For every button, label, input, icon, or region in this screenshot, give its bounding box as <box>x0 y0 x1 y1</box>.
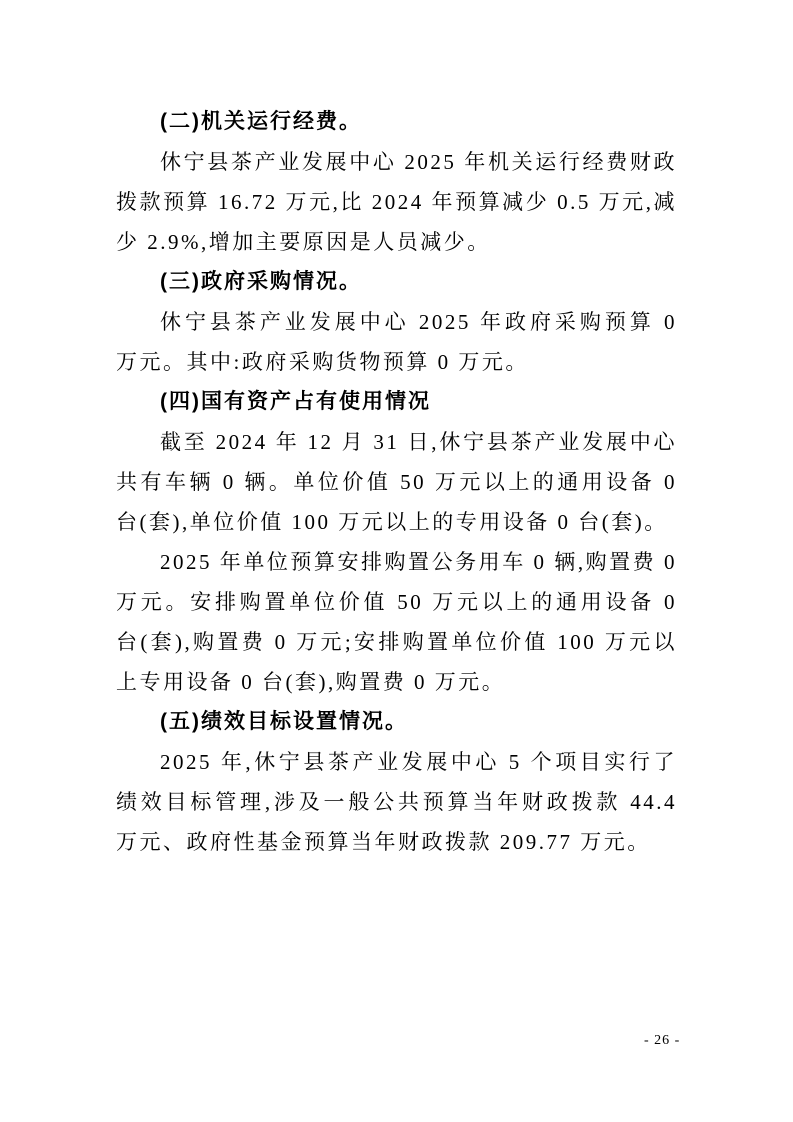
section-heading-3: (三)政府采购情况。 <box>116 262 677 302</box>
paragraph-state-assets-purchases: 2025 年单位预算安排购置公务用车 0 辆,购置费 0 万元。安排购置单位价值… <box>116 542 677 702</box>
section-heading-2: (二)机关运行经费。 <box>116 102 677 142</box>
paragraph-performance-targets: 2025 年,休宁县茶产业发展中心 5 个项目实行了绩效目标管理,涉及一般公共预… <box>116 742 677 862</box>
page-number: - 26 - <box>644 1031 680 1051</box>
paragraph-government-procurement: 休宁县茶产业发展中心 2025 年政府采购预算 0 万元。其中:政府采购货物预算… <box>116 302 677 382</box>
document-page: (二)机关运行经费。 休宁县茶产业发展中心 2025 年机关运行经费财政拨款预算… <box>0 0 793 1122</box>
paragraph-state-assets-holdings: 截至 2024 年 12 月 31 日,休宁县茶产业发展中心共有车辆 0 辆。单… <box>116 422 677 542</box>
document-content: (二)机关运行经费。 休宁县茶产业发展中心 2025 年机关运行经费财政拨款预算… <box>116 102 677 862</box>
paragraph-agency-operating-expenses: 休宁县茶产业发展中心 2025 年机关运行经费财政拨款预算 16.72 万元,比… <box>116 142 677 262</box>
section-heading-4: (四)国有资产占有使用情况 <box>116 382 677 422</box>
section-heading-5: (五)绩效目标设置情况。 <box>116 702 677 742</box>
